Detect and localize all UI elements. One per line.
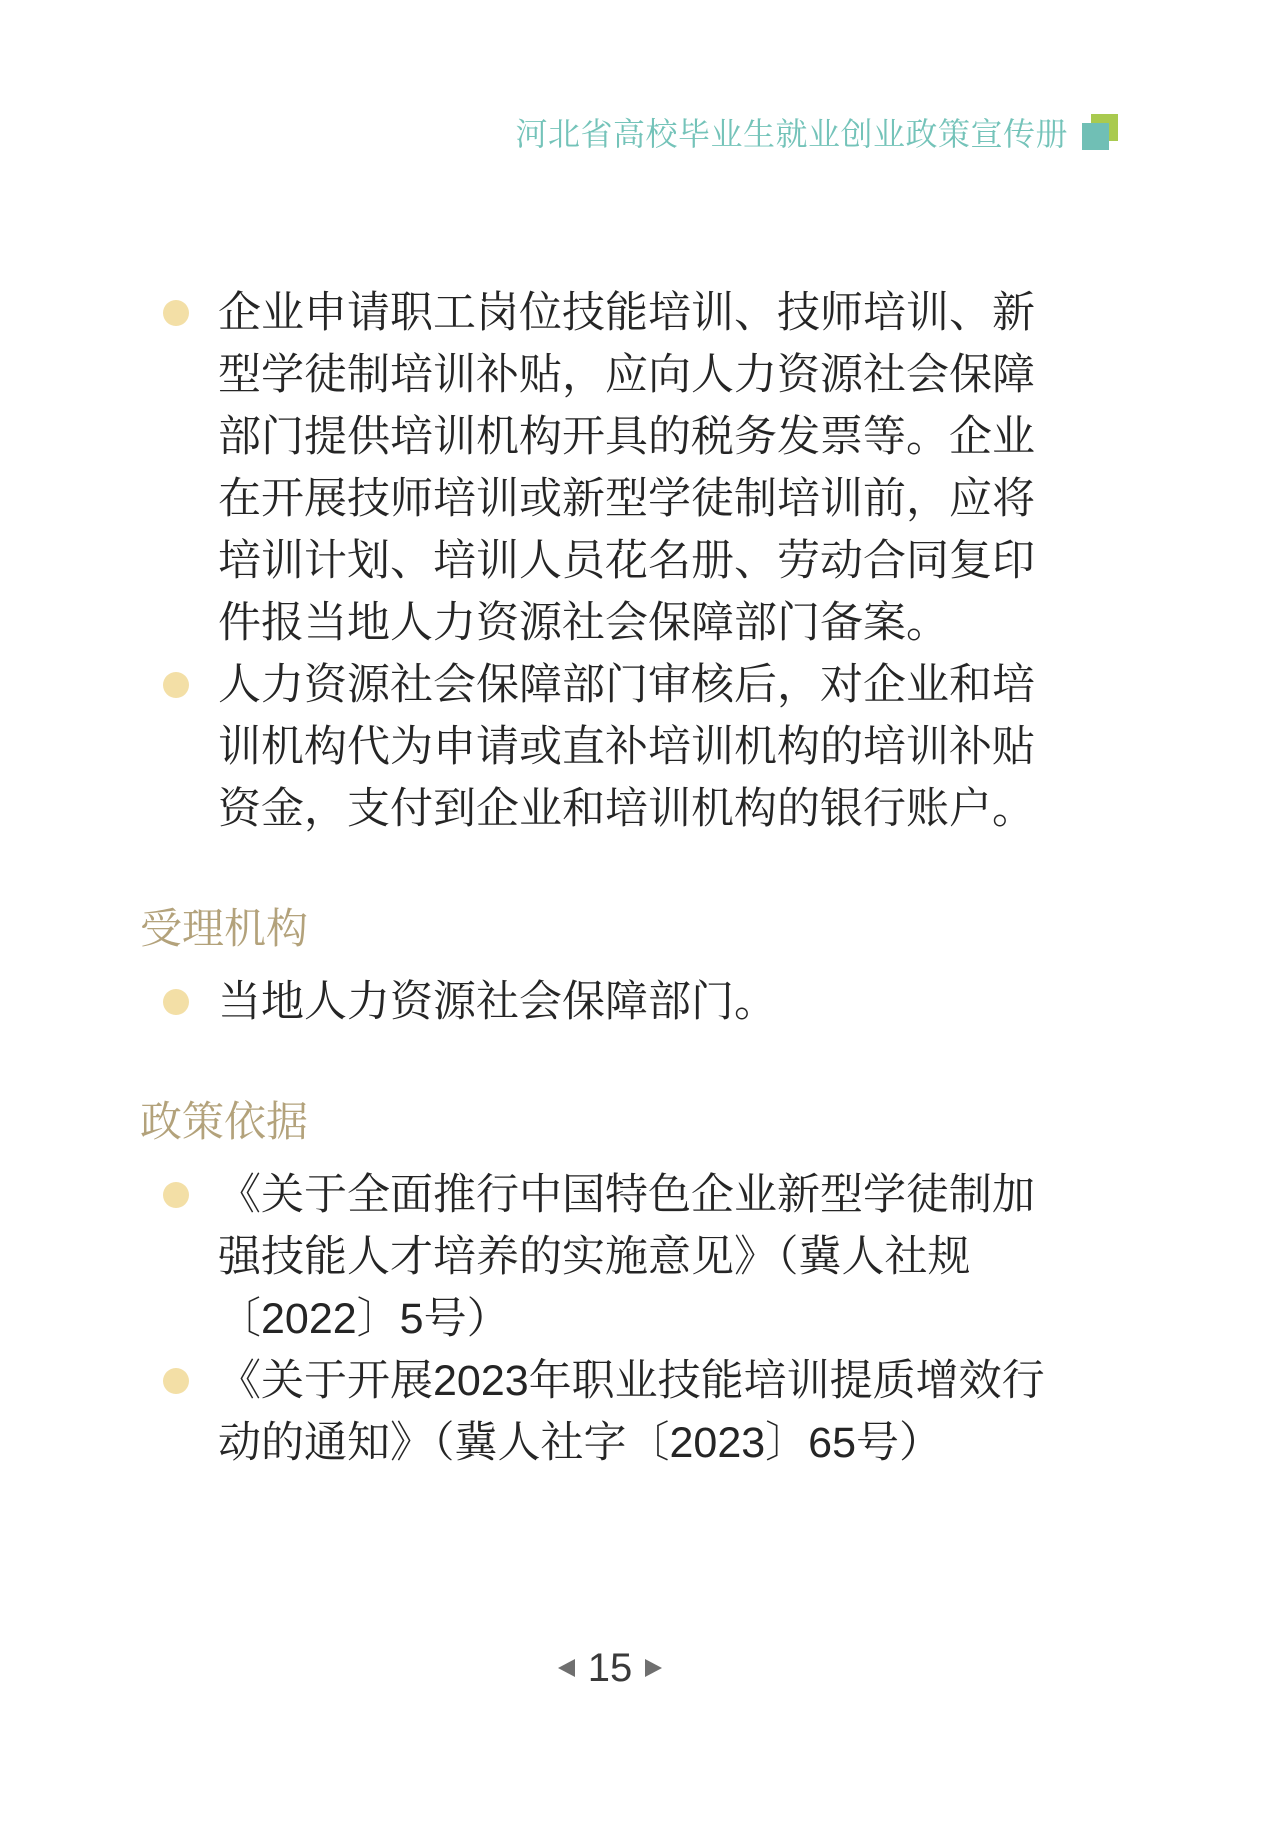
page-footer: 15 [0,1646,1250,1690]
bullet-dot-icon [163,1182,189,1208]
policy-bullet-item: 人力资源社会保障部门审核后，对企业和培训机构代为申请或直补培训机构的培训补贴资金… [140,654,1075,840]
bullet-dot-icon [163,672,189,698]
bullet-dot-icon [163,989,189,1015]
bullet-text: 人力资源社会保障部门审核后，对企业和培训机构代为申请或直补培训机构的培训补贴资金… [218,654,1075,840]
policy-bullet-item: 企业申请职工岗位技能培训、技师培训、新型学徒制培训补贴，应向人力资源社会保障部门… [140,282,1075,654]
teal-square-icon [1082,123,1109,150]
brochure-page: 河北省高校毕业生就业创业政策宣传册 企业申请职工岗位技能培训、技师培训、新型学徒… [0,0,1280,1832]
bullet-text: 当地人力资源社会保障部门。 [218,971,1075,1033]
bullet-text: 企业申请职工岗位技能培训、技师培训、新型学徒制培训补贴，应向人力资源社会保障部门… [218,282,1075,654]
bullet-text: 《关于开展2023年职业技能培训提质增效行动的通知》（冀人社字〔2023〕65号… [218,1350,1075,1474]
booklet-title: 河北省高校毕业生就业创业政策宣传册 [515,109,1068,155]
bullet-dot-icon [163,1368,189,1394]
policy-bullet-item: 《关于开展2023年职业技能培训提质增效行动的通知》（冀人社字〔2023〕65号… [140,1350,1075,1474]
page-header: 河北省高校毕业生就业创业政策宣传册 [515,110,1118,154]
policy-bullet-item: 当地人力资源社会保障部门。 [140,971,1075,1033]
page-number: 15 [588,1646,633,1691]
content-area: 企业申请职工岗位技能培训、技师培训、新型学徒制培训补贴，应向人力资源社会保障部门… [140,282,1075,1474]
section-heading-accepting-agency: 受理机构 [140,903,1075,955]
next-page-icon [645,1659,662,1677]
bullet-text: 《关于全面推行中国特色企业新型学徒制加强技能人才培养的实施意见》（冀人社规〔20… [218,1164,1075,1350]
section-heading-policy-basis: 政策依据 [140,1096,1075,1148]
overlapping-squares-icon [1082,114,1118,150]
policy-bullet-item: 《关于全面推行中国特色企业新型学徒制加强技能人才培养的实施意见》（冀人社规〔20… [140,1164,1075,1350]
prev-page-icon [558,1659,575,1677]
bullet-dot-icon [163,300,189,326]
